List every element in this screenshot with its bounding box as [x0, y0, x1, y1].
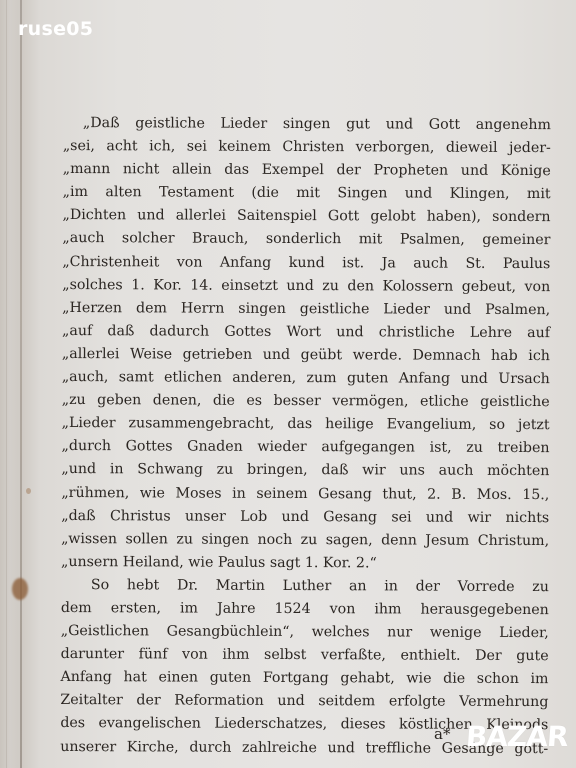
text-line: dem ersten, im Jahre 1524 von ihm heraus… — [61, 597, 549, 622]
text-line: „und in Schwang zu bringen, daß wir uns … — [61, 458, 549, 483]
text-line: „unsern Heiland, wie Paulus sagt 1. Kor.… — [61, 551, 549, 576]
text-line: „Lieder zusammengebracht, das heilige Ev… — [62, 412, 550, 437]
text-line: Zeitalter der Reformation und seitdem er… — [60, 689, 548, 714]
text-line: „mann nicht allein das Exempel der Proph… — [63, 158, 551, 183]
text-line: „auch solcher Brauch, sonderlich mit Psa… — [62, 227, 550, 252]
page-gutter-line — [20, 0, 22, 768]
text-line: „rühmen, wie Moses in seinem Gesang thut… — [61, 481, 549, 506]
text-line: „Dichten und allerlei Saitenspiel Gott g… — [62, 204, 550, 229]
text-line: „Christenheit von Anfang kund ist. Ja au… — [62, 251, 550, 276]
text-line: „auf daß dadurch Gottes Wort und christl… — [62, 320, 550, 345]
page-edge-shadow — [6, 0, 7, 768]
text-line: „im alten Testament (die mit Singen und … — [63, 181, 551, 206]
text-line: „solches 1. Kor. 14. einsetzt und zu den… — [62, 274, 550, 299]
text-line: „allerlei Weise getrieben und geübt werd… — [62, 343, 550, 368]
text-line: „wissen sollen zu singen noch zu sagen, … — [61, 528, 549, 553]
uploader-watermark: ruse05 — [18, 18, 93, 40]
text-line: „auch, samt etlichen anderen, zum guten … — [62, 366, 550, 391]
text-line: Anfang hat einen guten Fortgang gehabt, … — [60, 666, 548, 691]
page-text: „Daß geistliche Lieder singen gut und Go… — [60, 112, 551, 761]
bazar-logo-watermark: BAZAR — [465, 720, 569, 753]
book-page-photo: ruse05 „Daß geistliche Lieder singen gut… — [0, 0, 576, 768]
text-line: „zu geben denen, die es besser vermögen,… — [62, 389, 550, 414]
text-line: „Daß geistliche Lieder singen gut und Go… — [63, 112, 551, 137]
text-line: „sei, acht ich, sei keinem Christen verb… — [63, 135, 551, 160]
text-line: „durch Gottes Gnaden wieder aufgegangen … — [61, 435, 549, 460]
text-line: So hebt Dr. Martin Luther an in der Vorr… — [61, 574, 549, 599]
small-stain — [26, 488, 31, 494]
text-line: darunter fünf von ihm selbst verfaßte, e… — [61, 643, 549, 668]
text-line: „Herzen dem Herrn singen geistliche Lied… — [62, 297, 550, 322]
brown-stain — [12, 578, 28, 600]
text-line: „daß Christus unser Lob und Gesang sei u… — [61, 505, 549, 530]
signature-mark: a* — [434, 725, 450, 743]
text-line: „Geistlichen Gesangbüchlein“, welches nu… — [61, 620, 549, 645]
